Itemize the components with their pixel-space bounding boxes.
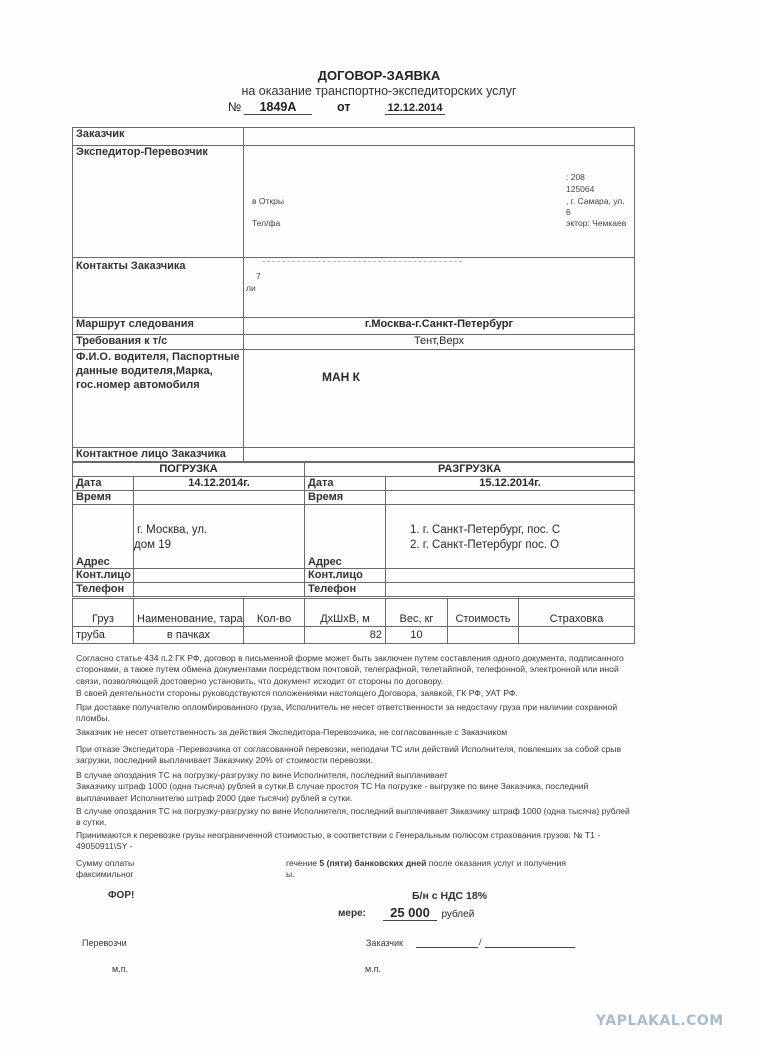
customer-label: Заказчик xyxy=(73,128,244,146)
customer-contact-person-label: Контактное лицо Заказчика xyxy=(73,448,244,462)
cargo-cell xyxy=(519,627,635,644)
loading-phone-label: Телефон xyxy=(73,583,134,597)
customer-contacts-label: Контакты Заказчика xyxy=(73,258,244,318)
payment-term-bold: 5 (пяти) банковских дней xyxy=(319,858,426,868)
cargo-cell xyxy=(448,627,519,644)
terms-paragraph: В случае опоздания ТС на погрузку-разгру… xyxy=(76,770,636,804)
cargo-cell: 10 xyxy=(386,627,448,644)
cargo-rows: трубав пачках8210 xyxy=(73,627,635,644)
payment-line1-start: Сумму оплаты xyxy=(76,858,134,869)
unloading-contact-label: Конт.лицо xyxy=(305,569,386,583)
unloading-address-label: Адрес xyxy=(305,505,386,569)
redacted-line xyxy=(262,261,462,262)
cargo-row: трубав пачках8210 xyxy=(73,627,635,644)
expeditor-label: Экспедитор-Перевозчик xyxy=(73,146,244,258)
payment-text-post: после оказания услуг и получения xyxy=(426,858,566,868)
customer-signature-label: Заказчик xyxy=(366,938,403,948)
cargo-column-header: Страховка xyxy=(519,599,635,627)
expeditor-right-2: 125064 xyxy=(566,184,594,194)
payment-line2-end: ы. xyxy=(286,869,295,880)
document-number-value: 1849А xyxy=(244,100,312,115)
cargo-header-row: ГрузНаименование, тараКол-воДхШхВ, мВес,… xyxy=(73,599,635,627)
main-info-table: Заказчик Экспедитор-Перевозчик в Откры Т… xyxy=(72,127,635,462)
unloading-address-line-2: 2. г. Санкт-Петербург пос. О xyxy=(410,539,559,551)
date-prefix: от xyxy=(337,100,350,114)
terms-paragraph: Заказчик не несет ответственность за дей… xyxy=(76,727,636,738)
amount-currency: рублей xyxy=(441,909,474,920)
document-number: 1849А xyxy=(244,100,312,115)
contacts-line-1: 7 xyxy=(256,271,261,281)
payment-terms: Сумму оплаты гечение 5 (пяти) банковских… xyxy=(76,858,636,880)
driver-label-line-3: гос.номер автомобиля xyxy=(76,378,240,392)
cargo-column-header: Стоимость xyxy=(448,599,519,627)
loading-time xyxy=(134,491,305,505)
payment-form-value: Б/н с НДС 18% xyxy=(412,890,487,902)
payment-line2-start: факсимильног xyxy=(76,869,134,880)
unloading-time-label: Время xyxy=(305,491,386,505)
terms-paragraph: При доставке получателю опломбированного… xyxy=(76,702,636,725)
payment-form-label: ФОР! xyxy=(108,890,134,901)
loading-address: г. Москва, ул. дом 19 xyxy=(134,505,305,569)
route-value: г.Москва-г.Санкт-Петербург xyxy=(244,318,635,335)
amount-label: мере: xyxy=(338,908,366,919)
loading-contact-label: Конт.лицо xyxy=(73,569,134,583)
expeditor-line-2: Тел/фа xyxy=(252,218,280,228)
amount: 25 000 рублей xyxy=(383,904,474,922)
payment-text: гечение xyxy=(286,858,319,868)
vehicle-requirements-value: Тент,Верх xyxy=(244,335,635,350)
unloading-date: 15.12.2014г. xyxy=(386,477,635,491)
carrier-signature-label: Перевозчи xyxy=(82,938,127,948)
signature-slash: / xyxy=(479,937,482,947)
cargo-column-header: Вес, кг xyxy=(386,599,448,627)
unloading-phone xyxy=(386,583,635,597)
unloading-time xyxy=(386,491,635,505)
terms-paragraph: В своей деятельности стороны руководству… xyxy=(76,688,636,699)
expeditor-right-5: эктор: Чемкаев xyxy=(566,218,626,228)
unloading-phone-label: Телефон xyxy=(305,583,386,597)
amount-value: 25 000 xyxy=(383,905,437,921)
loading-address-label: Адрес xyxy=(73,505,134,569)
document-date: 12.12.2014 xyxy=(385,100,445,115)
document-title: ДОГОВОР-ЗАЯВКА xyxy=(0,68,758,83)
driver-label-line-2: данные водителя,Марка, xyxy=(76,364,240,378)
customer-value xyxy=(244,128,635,146)
customer-contact-person-value xyxy=(244,448,635,462)
cargo-column-header: ДхШхВ, м xyxy=(305,599,386,627)
terms-paragraph: Принимаются к перевозке грузы неограниче… xyxy=(76,830,636,853)
expeditor-value: в Откры Тел/фа : 208 125064 , г. Самара,… xyxy=(244,146,635,258)
customer-contacts-value: 7 ли xyxy=(244,258,635,318)
unloading-contact xyxy=(386,569,635,583)
unloading-date-label: Дата xyxy=(305,477,386,491)
cargo-column-header: Наименование, тара xyxy=(134,599,244,627)
cargo-cell: 82 xyxy=(305,627,386,644)
driver-value: МАН К xyxy=(244,350,635,448)
route-label: Маршрут следования xyxy=(73,318,244,335)
loading-address-line-1: г. Москва, ул. xyxy=(137,524,207,536)
loading-contact xyxy=(134,569,305,583)
stamp-left: м.п. xyxy=(112,964,128,974)
unloading-heading: РАЗГРУЗКА xyxy=(305,463,635,477)
vehicle-requirements-label: Требования к т/с xyxy=(73,335,244,350)
unloading-address-line-1: 1. г. Санкт-Петербург, пос. С xyxy=(410,524,560,536)
customer-name-line[interactable] xyxy=(485,947,575,948)
terms-paragraph: Согласно статье 434 п.2 ГК РФ, договор в… xyxy=(76,653,636,687)
cargo-column-header: Кол-во xyxy=(244,599,305,627)
cargo-cell xyxy=(244,627,305,644)
contacts-line-2: ли xyxy=(246,283,256,293)
cargo-column-header: Груз xyxy=(73,599,134,627)
document-subtitle: на оказание транспортно-экспедиторских у… xyxy=(0,84,758,98)
expeditor-right-1: : 208 xyxy=(566,172,585,182)
loading-address-line-2: дом 19 xyxy=(134,539,171,551)
loading-phone xyxy=(134,583,305,597)
number-prefix: № xyxy=(228,100,241,114)
loading-unloading-table: ПОГРУЗКА РАЗГРУЗКА Дата 14.12.2014г. Дат… xyxy=(72,462,635,597)
stamp-right: м.п. xyxy=(365,964,381,974)
cargo-cell: в пачках xyxy=(134,627,244,644)
loading-date: 14.12.2014г. xyxy=(134,477,305,491)
terms-paragraph: В случае опоздания ТС на погрузку-разгру… xyxy=(76,806,636,829)
watermark: YAPLAKAL.COM xyxy=(596,1013,724,1029)
loading-date-label: Дата xyxy=(73,477,134,491)
payment-line1-end: гечение 5 (пяти) банковских дней после о… xyxy=(286,858,566,869)
loading-heading: ПОГРУЗКА xyxy=(73,463,305,477)
customer-signature-line[interactable] xyxy=(416,947,478,948)
terms-paragraph: При отказе Экспедитора -Перевозчика от с… xyxy=(76,744,636,767)
driver-label-line-1: Ф.И.О. водителя, Паспортные xyxy=(76,350,240,364)
expeditor-right-3: , г. Самара, ул. xyxy=(566,196,625,206)
document-date-value: 12.12.2014 xyxy=(385,102,445,115)
unloading-address: 1. г. Санкт-Петербург, пос. С 2. г. Санк… xyxy=(386,505,635,569)
expeditor-right-4: 6 xyxy=(566,207,571,217)
driver-vehicle-value: МАН К xyxy=(322,370,360,384)
cargo-table: ГрузНаименование, тараКол-воДхШхВ, мВес,… xyxy=(72,598,635,644)
expeditor-line-1: в Откры xyxy=(252,196,284,206)
driver-label: Ф.И.О. водителя, Паспортные данные водит… xyxy=(73,350,244,448)
cargo-cell: труба xyxy=(73,627,134,644)
loading-time-label: Время xyxy=(73,491,134,505)
